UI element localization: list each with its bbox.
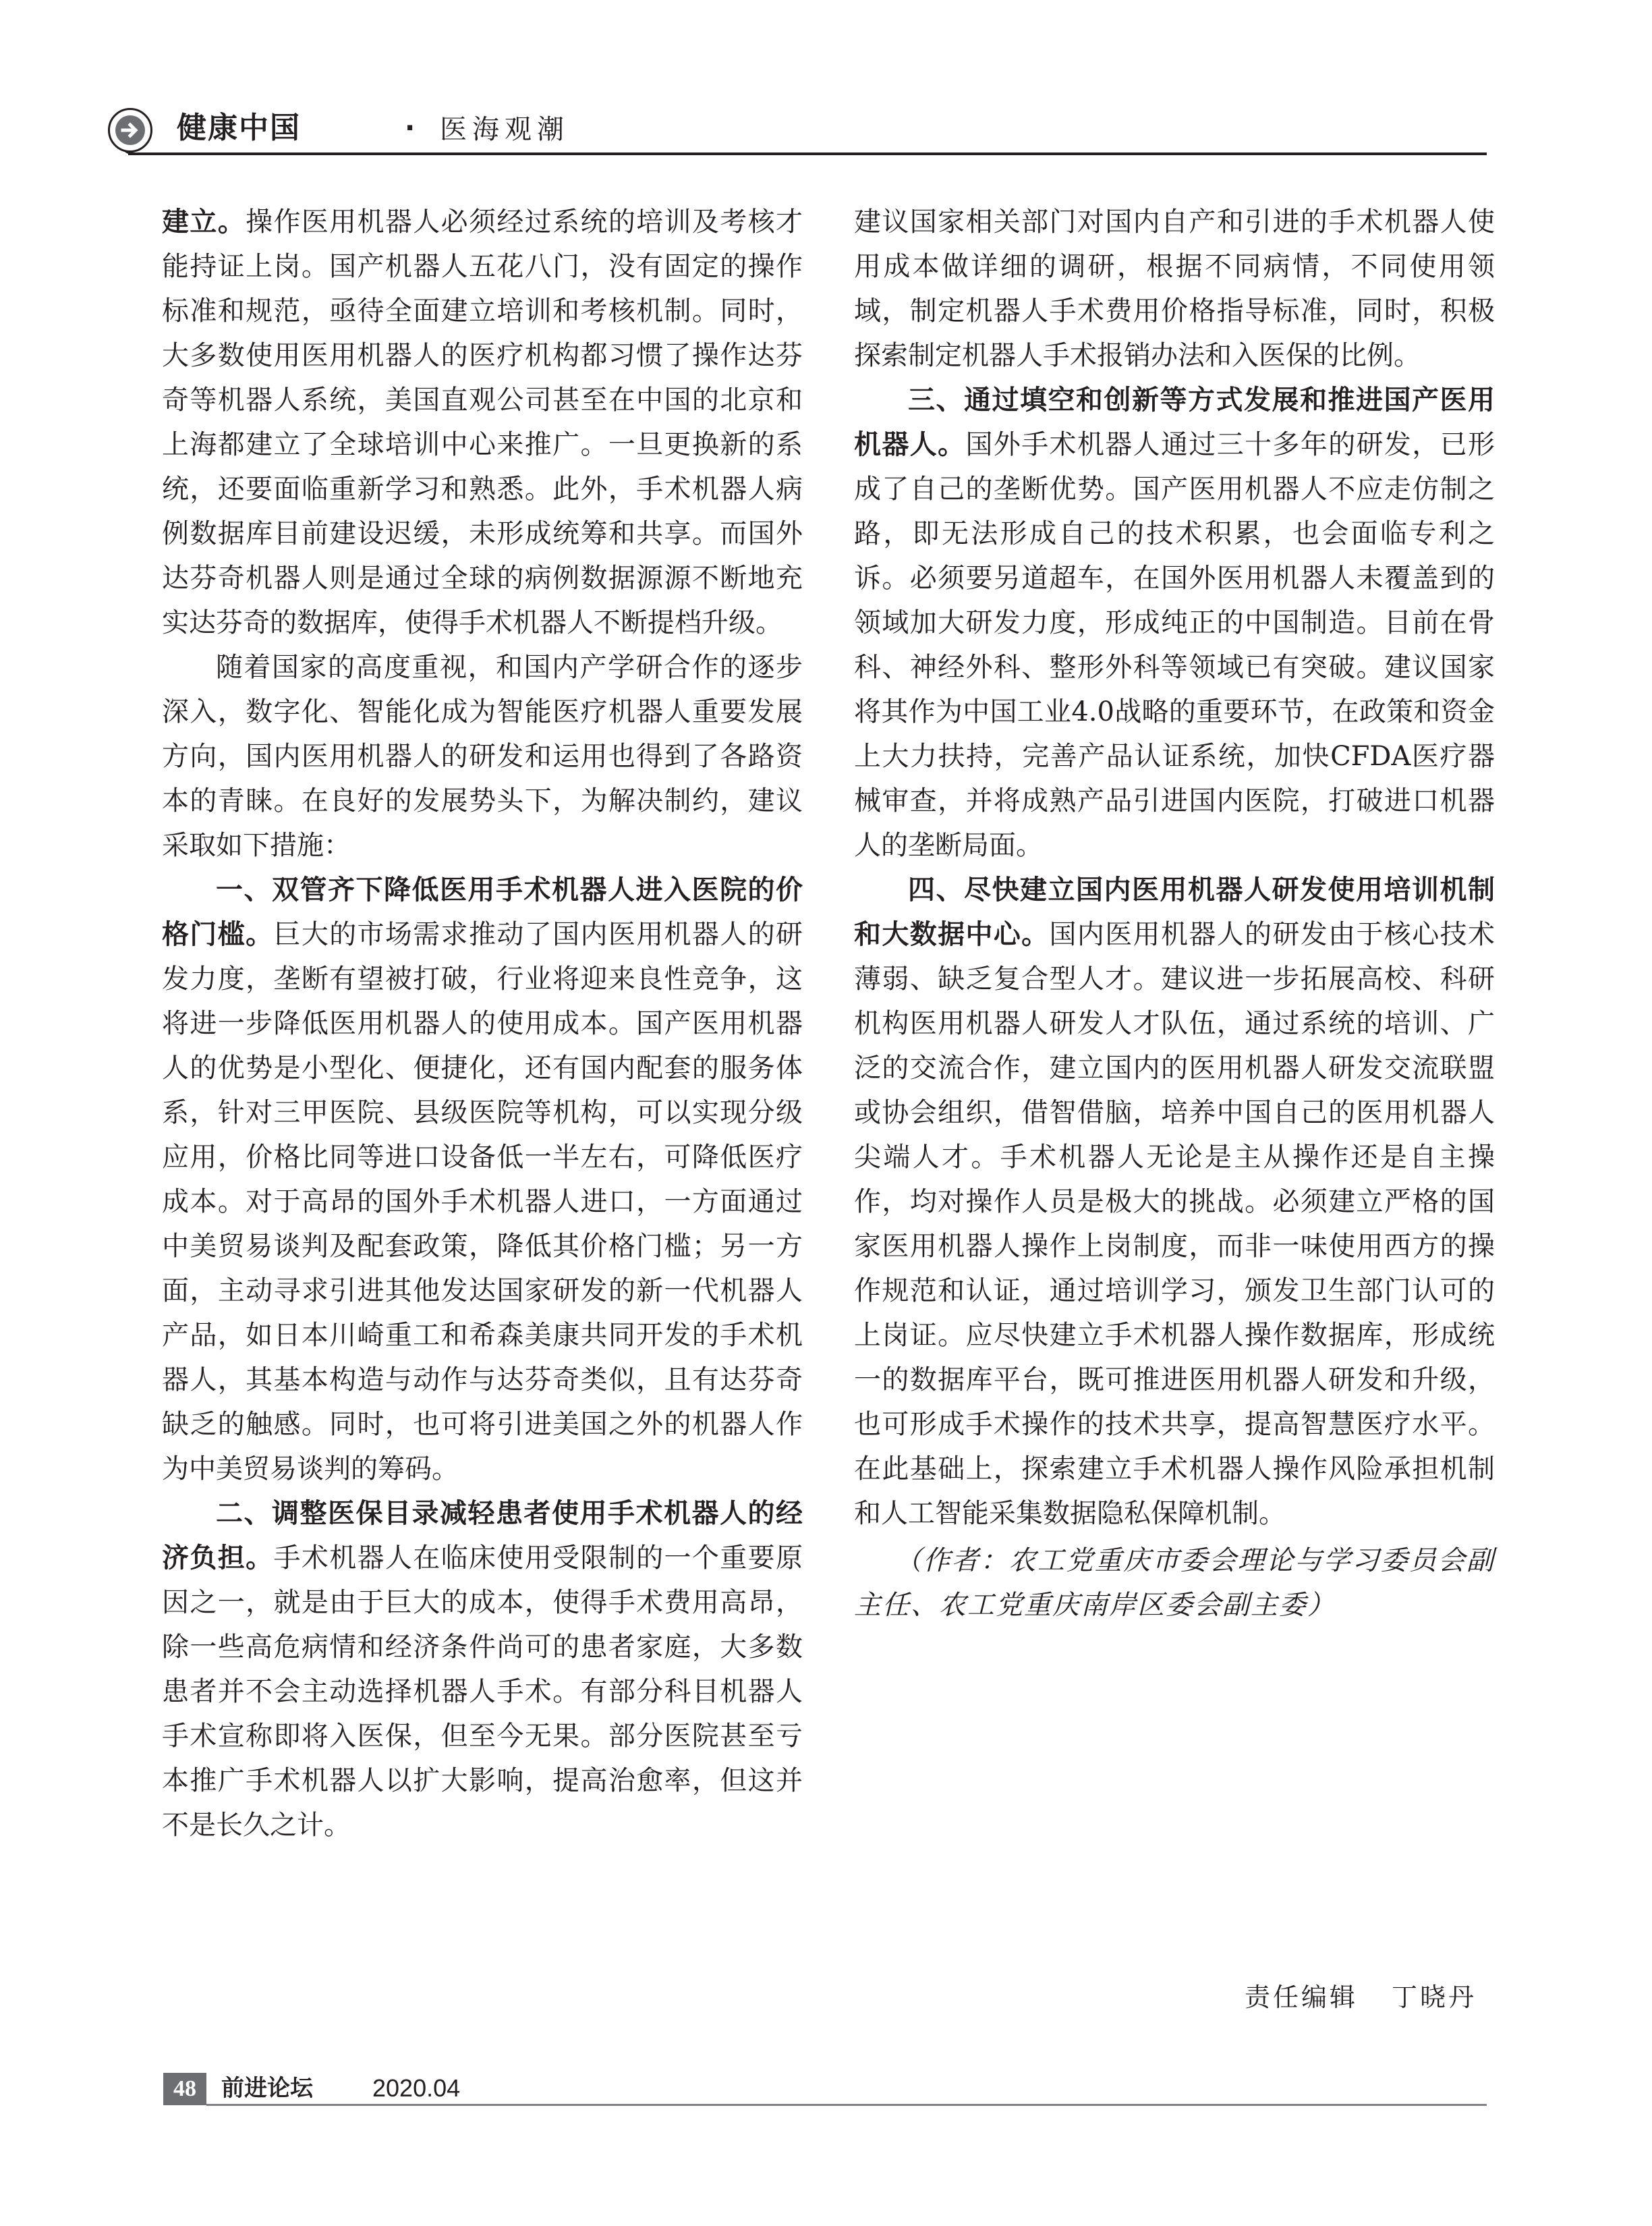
paragraph-text: 国外手术机器人通过三十多年的研发，已形成了自己的垄断优势。国产医用机器人不应走仿… <box>854 429 1495 861</box>
paragraph: 三、通过填空和创新等方式发展和推进国产医用机器人。国外手术机器人通过三十多年的研… <box>854 378 1495 868</box>
issue-number: 2020.04 <box>372 2073 460 2104</box>
author-note: （作者：农工党重庆市委会理论与学习委员会副主任、农工党重庆南岸区委会副主委） <box>854 1538 1495 1627</box>
header-rule <box>128 152 1487 155</box>
running-footer: 48 前进论坛 2020.04 <box>163 2073 1487 2107</box>
right-column: 建议国家相关部门对国内自产和引进的手术机器人使用成本做详细的调研，根据不同病情，… <box>854 200 1495 1627</box>
paragraph-text: 建议国家相关部门对国内自产和引进的手术机器人使用成本做详细的调研，根据不同病情，… <box>854 206 1495 371</box>
paragraph-text: 操作医用机器人必须经过系统的培训及考核才能持证上岗。国产机器人五花八门，没有固定… <box>162 206 803 638</box>
paragraph: 一、双管齐下降低医用手术机器人进入医院的价格门槛。巨大的市场需求推动了国内医用机… <box>162 868 803 1491</box>
paragraph-text: 国内医用机器人的研发由于核心技术薄弱、缺乏复合型人才。建议进一步拓展高校、科研机… <box>854 919 1495 1529</box>
paragraph: 随着国家的高度重视，和国内产学研合作的逐步深入，数字化、智能化成为智能医疗机器人… <box>162 645 803 868</box>
magazine-name: 前进论坛 <box>221 2073 313 2104</box>
arrow-right-circle-icon <box>108 108 152 152</box>
paragraph-lead: 建立。 <box>162 206 246 238</box>
paragraph-text: 随着国家的高度重视，和国内产学研合作的逐步深入，数字化、智能化成为智能医疗机器人… <box>162 652 803 861</box>
editor-credit: 责任编辑丁晓丹 <box>1245 1977 1477 2018</box>
paragraph: 建议国家相关部门对国内自产和引进的手术机器人使用成本做详细的调研，根据不同病情，… <box>854 200 1495 378</box>
footer-rule <box>206 2104 1487 2106</box>
paragraph-text: 手术机器人在临床使用受限制的一个重要原因之一，就是由于巨大的成本，使得手术费用高… <box>162 1542 803 1841</box>
running-header: 健康中国 · 医海观潮 <box>108 103 1487 154</box>
section-title: 健康中国 <box>177 108 301 148</box>
editor-name: 丁晓丹 <box>1392 1982 1477 2012</box>
paragraph: 二、调整医保目录减轻患者使用手术机器人的经济负担。手术机器人在临床使用受限制的一… <box>162 1491 803 1847</box>
left-column: 建立。操作医用机器人必须经过系统的培训及考核才能持证上岗。国产机器人五花八门，没… <box>162 200 803 1847</box>
paragraph: 建立。操作医用机器人必须经过系统的培训及考核才能持证上岗。国产机器人五花八门，没… <box>162 200 803 645</box>
column-title: 医海观潮 <box>440 109 569 150</box>
page-number: 48 <box>163 2073 206 2105</box>
paragraph: 四、尽快建立国内医用机器人研发使用培训机制和大数据中心。国内医用机器人的研发由于… <box>854 868 1495 1536</box>
paragraph-text: 巨大的市场需求推动了国内医用机器人的研发力度，垄断有望被打破，行业将迎来良性竞争… <box>162 919 803 1484</box>
title-separator: · <box>405 108 415 148</box>
editor-label: 责任编辑 <box>1245 1982 1358 2012</box>
